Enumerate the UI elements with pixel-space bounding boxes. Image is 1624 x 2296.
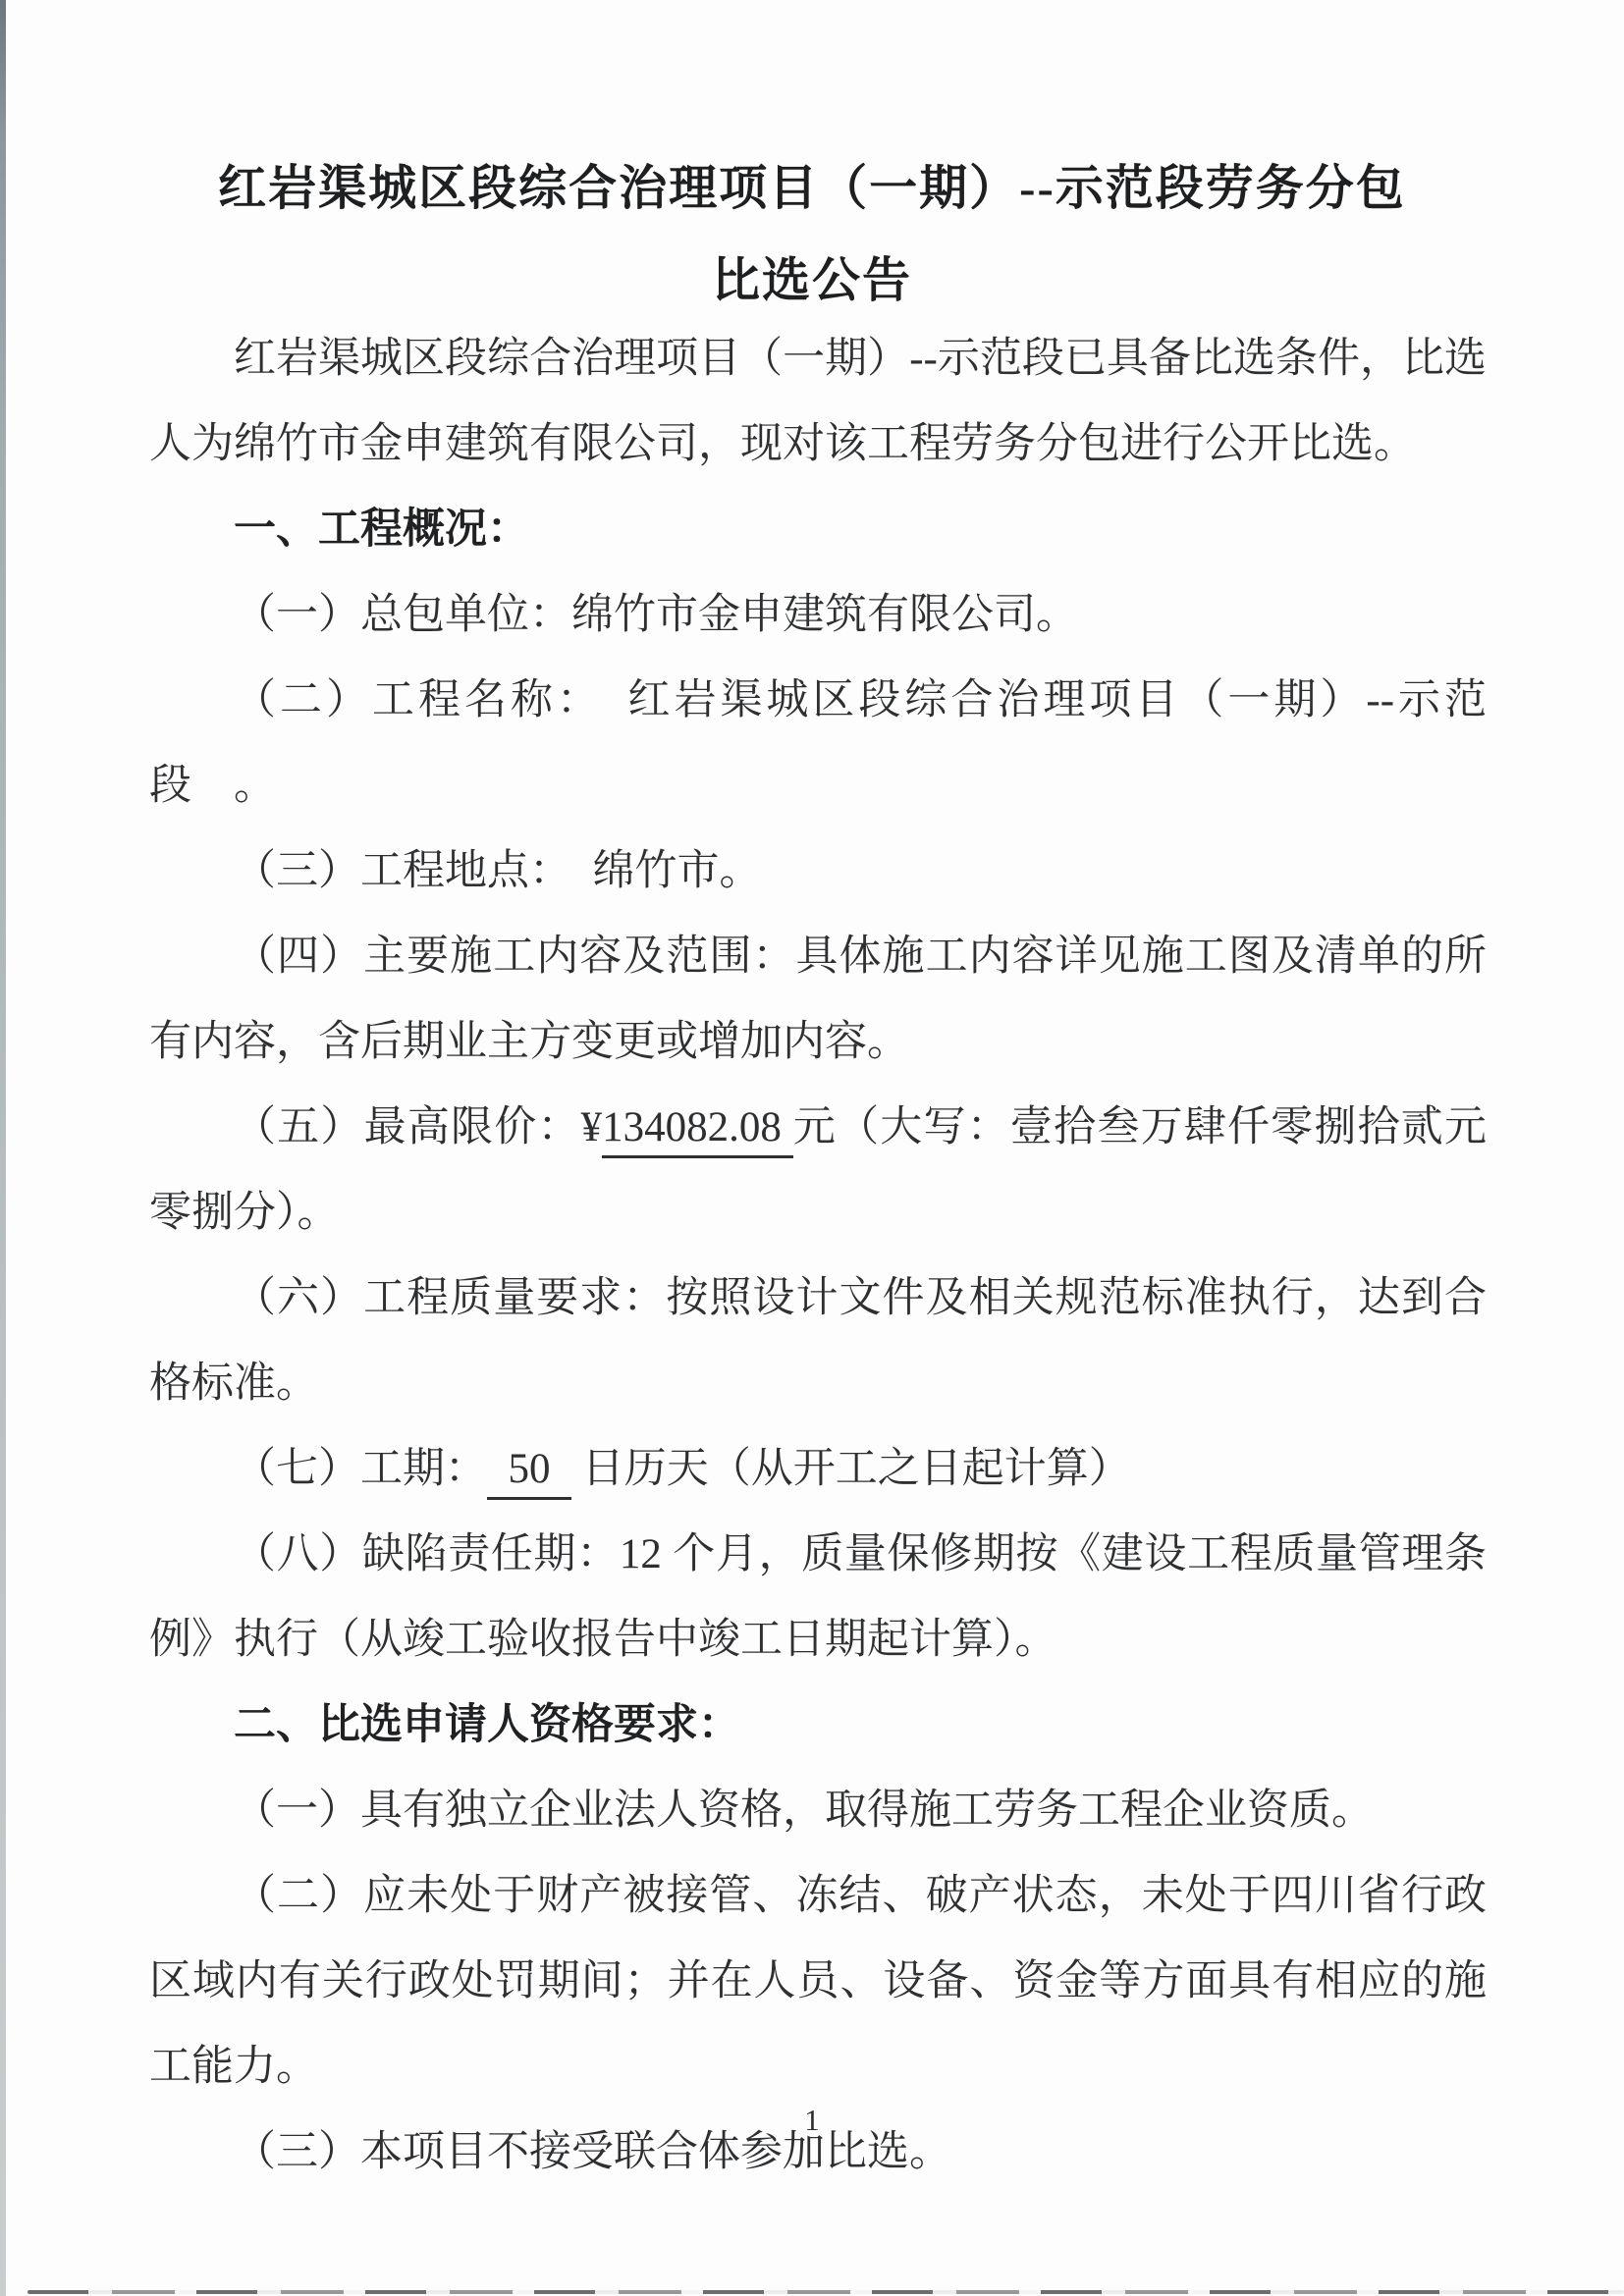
paragraph-6: （四）主要施工内容及范围：具体施工内容详见施工图及清单的所有内容，含后期业主方变… <box>149 914 1487 1085</box>
text-segment: （七）工期： <box>234 1446 487 1492</box>
paragraph-10: （八）缺陷责任期：12 个月，质量保修期按《建设工程质量管理条例》执行（从竣工验… <box>149 1512 1487 1682</box>
text-segment: （四）主要施工内容及范围：具体施工内容详见施工图及清单的所有内容，含后期业主方变… <box>149 934 1487 1065</box>
text-segment: （一）具有独立企业法人资格，取得施工劳务工程企业资质。 <box>234 1788 1374 1834</box>
paragraph-8: （六）工程质量要求：按照设计文件及相关规范标准执行，达到合格标准。 <box>149 1255 1487 1426</box>
scan-left-edge-artifact <box>0 0 6 2296</box>
scan-bottom-edge-artifact <box>27 2290 1624 2294</box>
text-segment: 二、比选申请人资格要求： <box>234 1702 740 1748</box>
document-title-line-2: 比选公告 <box>0 235 1624 327</box>
paragraph-2: 一、工程概况： <box>149 487 1487 572</box>
paragraph-4: （二）工程名称： 红岩渠城区段综合治理项目（一期）--示范段 。 <box>149 658 1487 828</box>
text-segment: 红岩渠城区段综合治理项目（一期）--示范段已具备比选条件，比选人为绵竹市金申建筑… <box>149 336 1487 467</box>
paragraph-3: （一）总包单位：绵竹市金申建筑有限公司。 <box>149 572 1487 658</box>
text-segment: （三）工程地点： 绵竹市。 <box>234 848 762 894</box>
underlined-value: 50 <box>487 1446 571 1500</box>
paragraph-12: （一）具有独立企业法人资格，取得施工劳务工程企业资质。 <box>149 1768 1487 1853</box>
text-segment: （五）最高限价：¥ <box>234 1104 602 1150</box>
document-body: 红岩渠城区段综合治理项目（一期）--示范段已具备比选条件，比选人为绵竹市金申建筑… <box>149 316 1487 2195</box>
text-segment: （二）应未处于财产被接管、冻结、破产状态，未处于四川省行政区域内有关行政处罚期间… <box>149 1873 1487 2090</box>
text-segment: （二）工程名称： 红岩渠城区段综合治理项目（一期）--示范段 。 <box>149 677 1487 809</box>
underlined-value: 134082.08 <box>602 1104 793 1158</box>
text-segment: （一）总包单位：绵竹市金申建筑有限公司。 <box>234 592 1078 638</box>
paragraph-5: （三）工程地点： 绵竹市。 <box>149 828 1487 914</box>
paragraph-1: 红岩渠城区段综合治理项目（一期）--示范段已具备比选条件，比选人为绵竹市金申建筑… <box>149 316 1487 487</box>
paragraph-9: （七）工期： 50 日历天（从开工之日起计算） <box>149 1426 1487 1512</box>
text-segment: （八）缺陷责任期：12 个月，质量保修期按《建设工程质量管理条例》执行（从竣工验… <box>149 1531 1487 1663</box>
document-title-line-1: 红岩渠城区段综合治理项目（一期）--示范段劳务分包 <box>0 142 1624 235</box>
page-number: 1 <box>0 2103 1624 2138</box>
paragraph-7: （五）最高限价：¥134082.08 元（大写：壹拾叁万肆仟零捌拾贰元零捌分）。 <box>149 1085 1487 1255</box>
document-title: 红岩渠城区段综合治理项目（一期）--示范段劳务分包 比选公告 <box>0 142 1624 327</box>
paragraph-13: （二）应未处于财产被接管、冻结、破产状态，未处于四川省行政区域内有关行政处罚期间… <box>149 1853 1487 2109</box>
paragraph-11: 二、比选申请人资格要求： <box>149 1682 1487 1768</box>
text-segment: 日历天（从开工之日起计算） <box>571 1446 1131 1492</box>
text-segment: 一、工程概况： <box>234 507 529 553</box>
text-segment: （六）工程质量要求：按照设计文件及相关规范标准执行，达到合格标准。 <box>149 1275 1487 1407</box>
document-page: 红岩渠城区段综合治理项目（一期）--示范段劳务分包 比选公告 红岩渠城区段综合治… <box>0 0 1624 2296</box>
